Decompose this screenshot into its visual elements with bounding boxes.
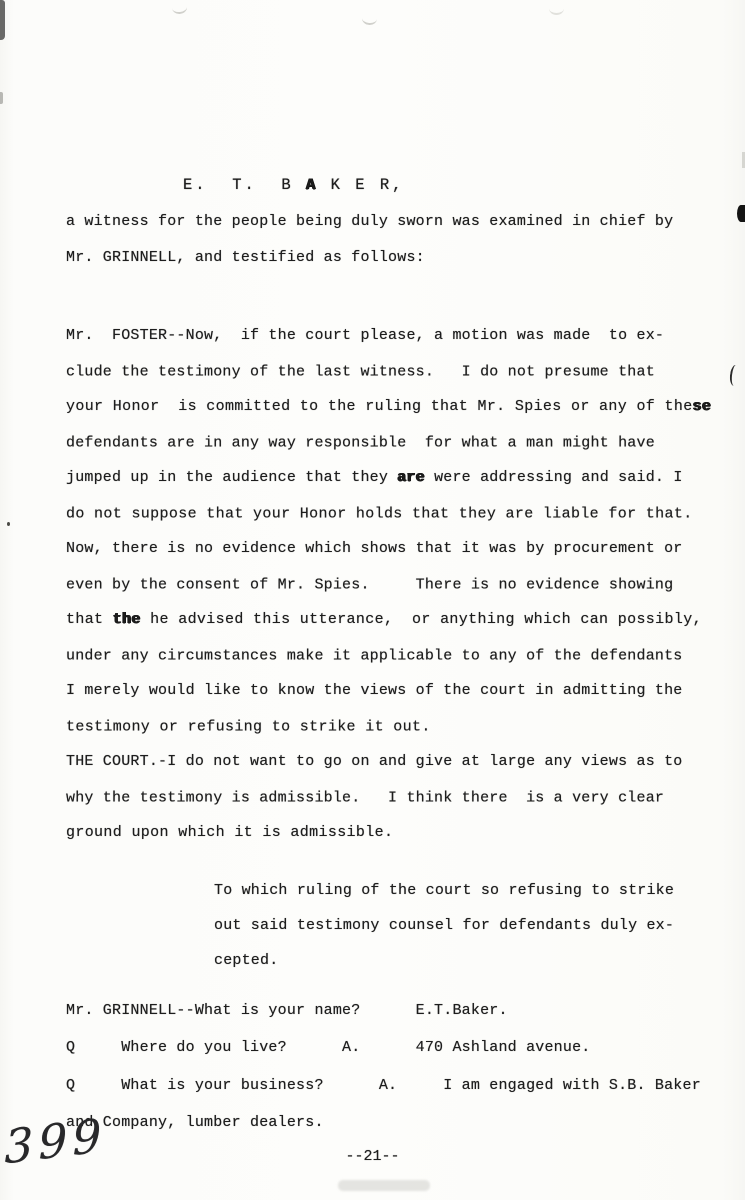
- line-text: a witness for the people being duly swor…: [66, 213, 673, 230]
- line-text: I merely would like to know the views of…: [66, 682, 683, 699]
- line-text: clude the testimony of the last witness.…: [66, 363, 655, 380]
- line-text: Mr. GRINNELL--What is your name? E.T.Bak…: [66, 1002, 508, 1019]
- line-text: Q What is your business? A. I am engaged…: [66, 1077, 701, 1094]
- line-text: do not suppose that your Honor holds tha…: [66, 505, 693, 522]
- transcript-line: your Honor is committed to the ruling th…: [66, 389, 711, 425]
- line-text: that: [66, 611, 113, 628]
- transcript-line: To which ruling of the court so refusing…: [214, 873, 674, 908]
- line-text: Q Where do you live? A. 470 Ashland aven…: [66, 1039, 590, 1056]
- argument-and-ruling-paragraphs: Mr. FOSTER--Now, if the court please, a …: [66, 318, 711, 851]
- transcript-line: defendants are in any way responsible fo…: [66, 425, 711, 461]
- line-text: he advised this utterance, or anything w…: [141, 611, 702, 628]
- ink-blot-right-edge: [737, 205, 745, 222]
- transcript-line: Mr. GRINNELL, and testified as follows:: [66, 240, 673, 276]
- line-text: ground upon which it is admissible.: [66, 824, 393, 841]
- transcript-line: THE COURT.-I do not want to go on and gi…: [66, 744, 711, 780]
- transcript-line: Now, there is no evidence which shows th…: [66, 531, 711, 567]
- line-text: why the testimony is admissible. I think…: [66, 789, 664, 806]
- scanned-transcript-page: E. T. B A K E R, a witness for the peopl…: [0, 0, 745, 1200]
- transcript-line: even by the consent of Mr. Spies. There …: [66, 567, 711, 603]
- transcript-line: a witness for the people being duly swor…: [66, 204, 673, 240]
- ink-smudge-mark: [549, 2, 564, 15]
- transcript-line: I merely would like to know the views of…: [66, 673, 711, 709]
- scan-edge-artifact: [0, 92, 3, 104]
- overstruck-word: are: [397, 469, 425, 486]
- line-text: THE COURT.-I do not want to go on and gi…: [66, 753, 683, 770]
- transcript-line: that the he advised this utterance, or a…: [66, 602, 711, 638]
- question-answer-section: Mr. GRINNELL--What is your name? E.T.Bak…: [66, 992, 701, 1142]
- line-text: defendants are in any way responsible fo…: [66, 434, 655, 451]
- transcript-line: cepted.: [214, 943, 674, 978]
- transcript-line: Mr. FOSTER--Now, if the court please, a …: [66, 318, 711, 354]
- line-text: out said testimony counsel for defendant…: [214, 917, 674, 934]
- line-text: cepted.: [214, 952, 278, 969]
- line-text: under any circumstances make it applicab…: [66, 647, 683, 664]
- overstruck-letter: A: [306, 176, 318, 194]
- transcript-line: Q What is your business? A. I am engaged…: [66, 1067, 701, 1104]
- transcript-line: Q Where do you live? A. 470 Ashland aven…: [66, 1029, 701, 1066]
- heading-text: K E R,: [318, 176, 404, 194]
- faded-ink-smudge: [338, 1180, 430, 1191]
- witness-intro-paragraph: a witness for the people being duly swor…: [66, 204, 673, 276]
- transcript-line: out said testimony counsel for defendant…: [214, 908, 674, 943]
- scan-edge-artifact: [0, 0, 5, 40]
- line-text: jumped up in the audience that they: [66, 469, 397, 486]
- exception-paragraph: To which ruling of the court so refusing…: [214, 873, 674, 978]
- transcript-line: clude the testimony of the last witness.…: [66, 354, 711, 390]
- line-text: even by the consent of Mr. Spies. There …: [66, 576, 673, 593]
- line-text: To which ruling of the court so refusing…: [214, 882, 674, 899]
- overstruck-word: the: [113, 611, 141, 628]
- transcript-line: testimony or refusing to strike it out.: [66, 709, 711, 745]
- ink-dot-artifact: [7, 522, 10, 526]
- transcript-line: do not suppose that your Honor holds tha…: [66, 496, 711, 532]
- ink-smudge-mark: [171, 0, 187, 14]
- heading-text: E. T. B: [183, 176, 306, 194]
- line-text: were addressing and said. I: [425, 469, 683, 486]
- transcript-line: Mr. GRINNELL--What is your name? E.T.Bak…: [66, 992, 701, 1029]
- page-number: --21--: [0, 1148, 745, 1165]
- line-text: your Honor is committed to the ruling th…: [66, 398, 693, 415]
- transcript-line: and Company, lumber dealers.: [66, 1104, 701, 1141]
- line-text: Mr. FOSTER--Now, if the court please, a …: [66, 327, 664, 344]
- transcript-line: ground upon which it is admissible.: [66, 815, 711, 851]
- line-text: Now, there is no evidence which shows th…: [66, 540, 683, 557]
- line-text: Mr. GRINNELL, and testified as follows:: [66, 249, 425, 266]
- transcript-line: under any circumstances make it applicab…: [66, 638, 711, 674]
- line-text: testimony or refusing to strike it out.: [66, 718, 431, 735]
- ink-smudge-mark: [362, 11, 378, 25]
- ink-mark-right-edge: [729, 365, 741, 387]
- transcript-line: why the testimony is admissible. I think…: [66, 780, 711, 816]
- overstruck-word: se: [693, 398, 712, 415]
- witness-name-heading: E. T. B A K E R,: [183, 176, 404, 194]
- transcript-line: jumped up in the audience that they are …: [66, 460, 711, 496]
